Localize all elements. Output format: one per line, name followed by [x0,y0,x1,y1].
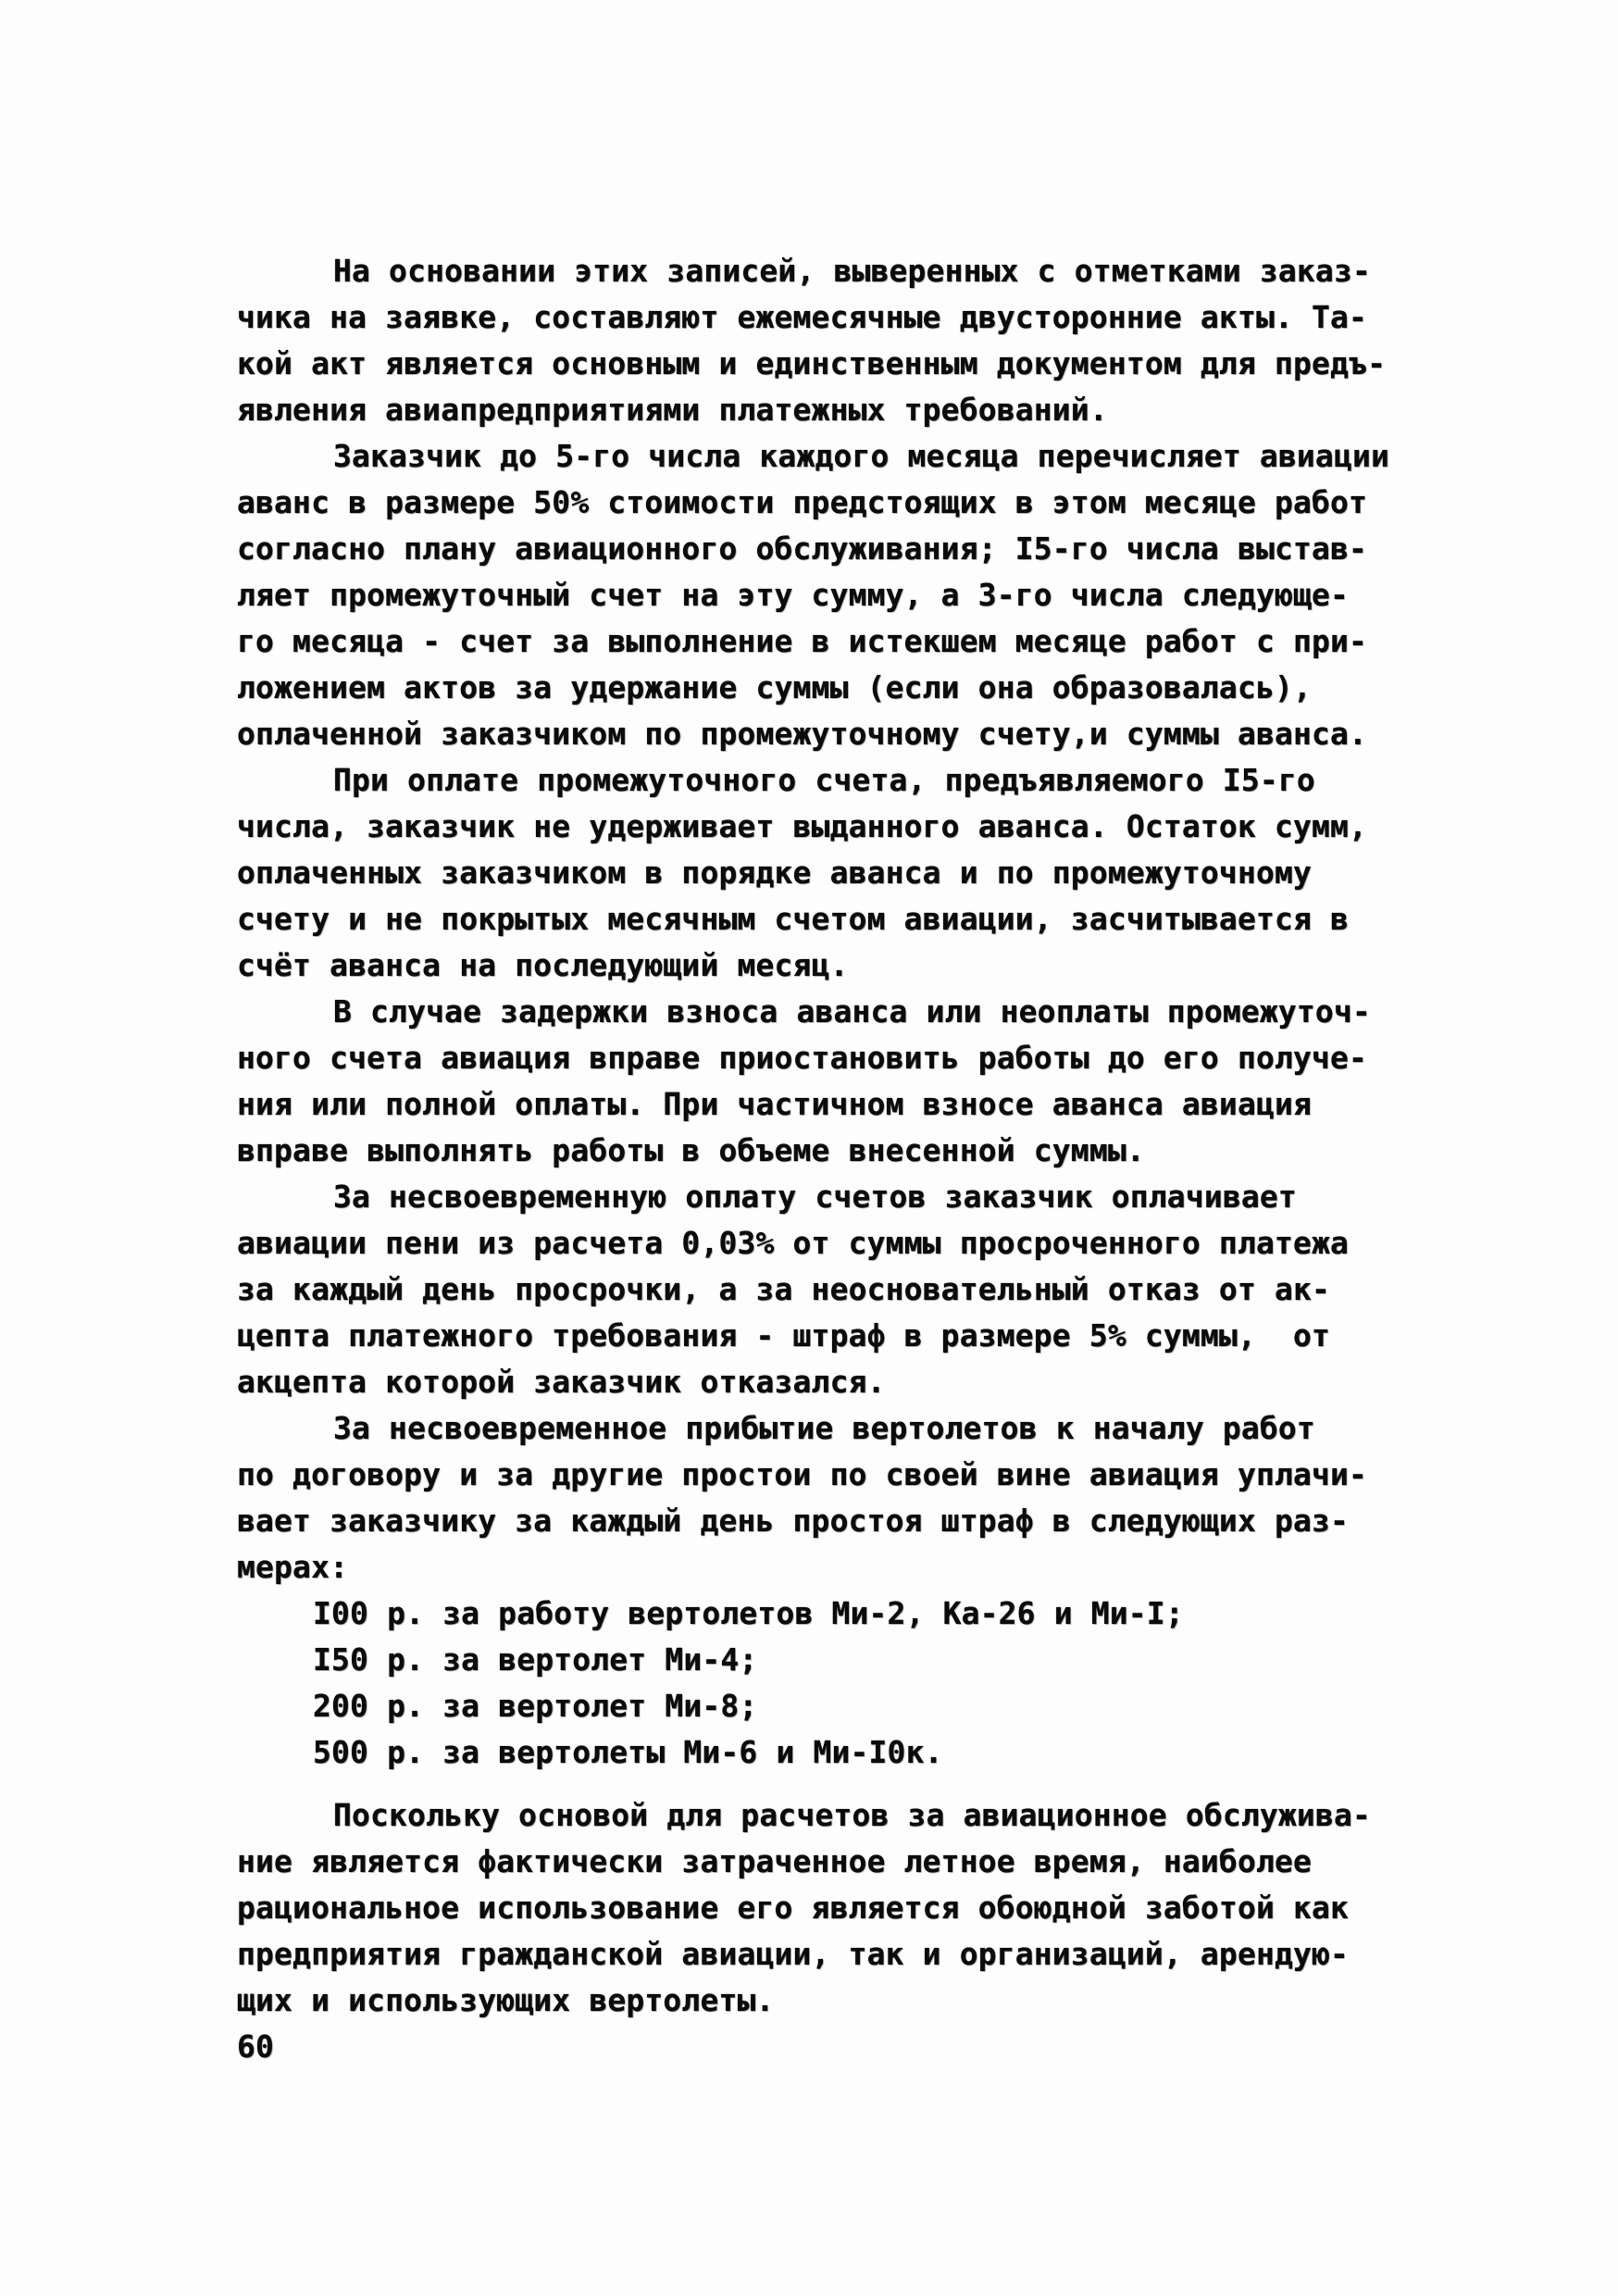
page-number: 60 [237,2024,1422,2070]
paragraph-advance-payment: Заказчик до 5-го числа каждого месяца пе… [237,433,1422,757]
penalty-rate-item-mi2-ka26-mi1: I00 р. за работу вертолетов Ми-2, Ка-26 … [313,1591,1422,1637]
document-text-block: На основании этих записей, выверенных с … [237,248,1422,2070]
penalty-rate-item-mi6-mi10k: 500 р. за вертолеты Ми-6 и Ми-I0к. [313,1729,1422,1776]
paragraph-interim-invoice: При оплате промежуточного счета, предъяв… [237,757,1422,989]
paragraph-late-payment-penalty: За несвоевременную оплату счетов заказчи… [237,1174,1422,1405]
paragraph-payment-delay: В случае задержки взноса аванса или неоп… [237,989,1422,1174]
penalty-rate-item-mi4: I50 р. за вертолет Ми-4; [313,1637,1422,1683]
paragraph-acts-basis: На основании этих записей, выверенных с … [237,248,1422,433]
penalty-rate-list: I00 р. за работу вертолетов Ми-2, Ка-26 … [237,1591,1422,1776]
paragraph-helicopter-delay-fine: За несвоевременное прибытие вертолетов к… [237,1405,1422,1591]
paragraph-flight-time-rationale: Поскольку основой для расчетов за авиаци… [237,1792,1422,2024]
penalty-rate-item-mi8: 200 р. за вертолет Ми-8; [313,1683,1422,1729]
scanned-document-page: На основании этих записей, выверенных с … [0,0,1618,2296]
